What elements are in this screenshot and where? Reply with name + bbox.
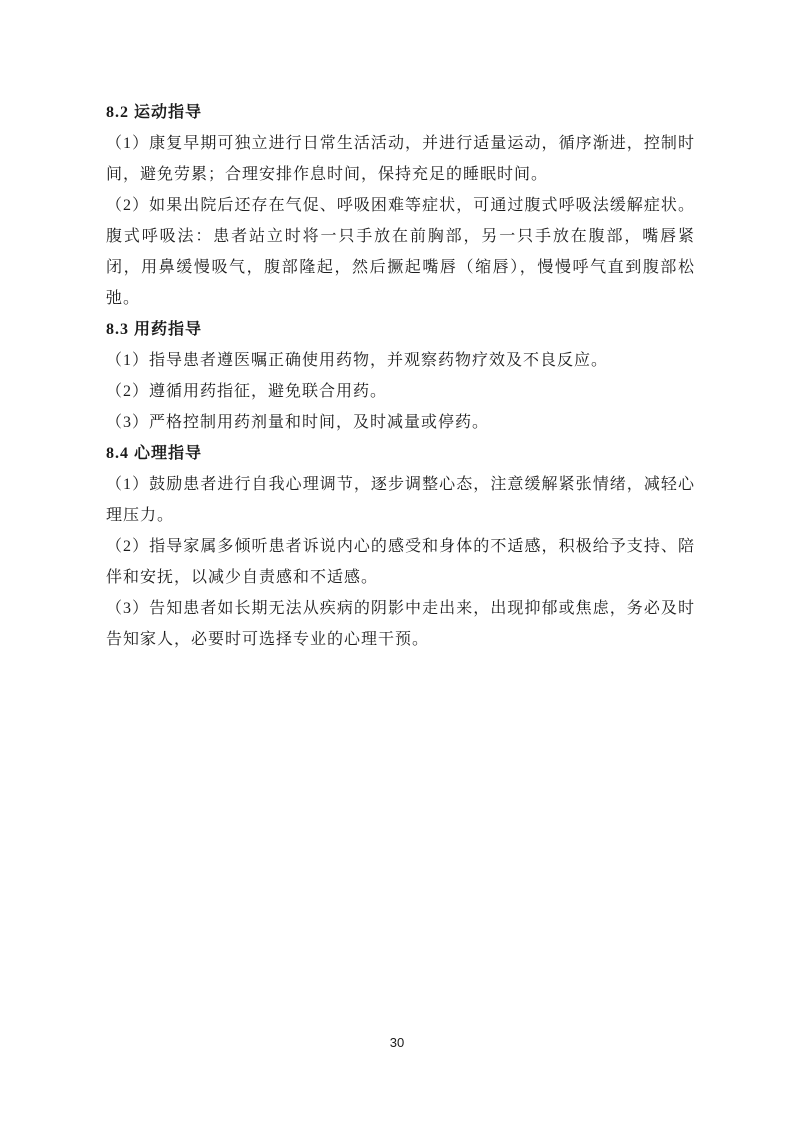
paragraph: （3）严格控制用药剂量和时间，及时减量或停药。 (106, 407, 695, 438)
section-heading-medication-guidance: 8.3 用药指导 (106, 314, 695, 345)
paragraph: （3）告知患者如长期无法从疾病的阴影中走出来，出现抑郁或焦虑，务必及时告知家人，… (106, 593, 695, 655)
paragraph: （2）遵循用药指征，避免联合用药。 (106, 376, 695, 407)
section-heading-psychological-guidance: 8.4 心理指导 (106, 438, 695, 469)
section-heading-exercise-guidance: 8.2 运动指导 (106, 97, 695, 128)
paragraph: （1）康复早期可独立进行日常生活活动，并进行适量运动，循序渐进，控制时间，避免劳… (106, 128, 695, 190)
paragraph: （1）鼓励患者进行自我心理调节，逐步调整心态，注意缓解紧张情绪，减轻心理压力。 (106, 469, 695, 531)
paragraph: （2）如果出院后还存在气促、呼吸困难等症状，可通过腹式呼吸法缓解症状。腹式呼吸法… (106, 190, 695, 314)
paragraph: （1）指导患者遵医嘱正确使用药物，并观察药物疗效及不良反应。 (106, 345, 695, 376)
document-page: 8.2 运动指导 （1）康复早期可独立进行日常生活活动，并进行适量运动，循序渐进… (0, 0, 794, 1123)
document-body: 8.2 运动指导 （1）康复早期可独立进行日常生活活动，并进行适量运动，循序渐进… (106, 97, 695, 655)
paragraph: （2）指导家属多倾听患者诉说内心的感受和身体的不适感，积极给予支持、陪伴和安抚，… (106, 531, 695, 593)
page-number: 30 (0, 1035, 794, 1051)
